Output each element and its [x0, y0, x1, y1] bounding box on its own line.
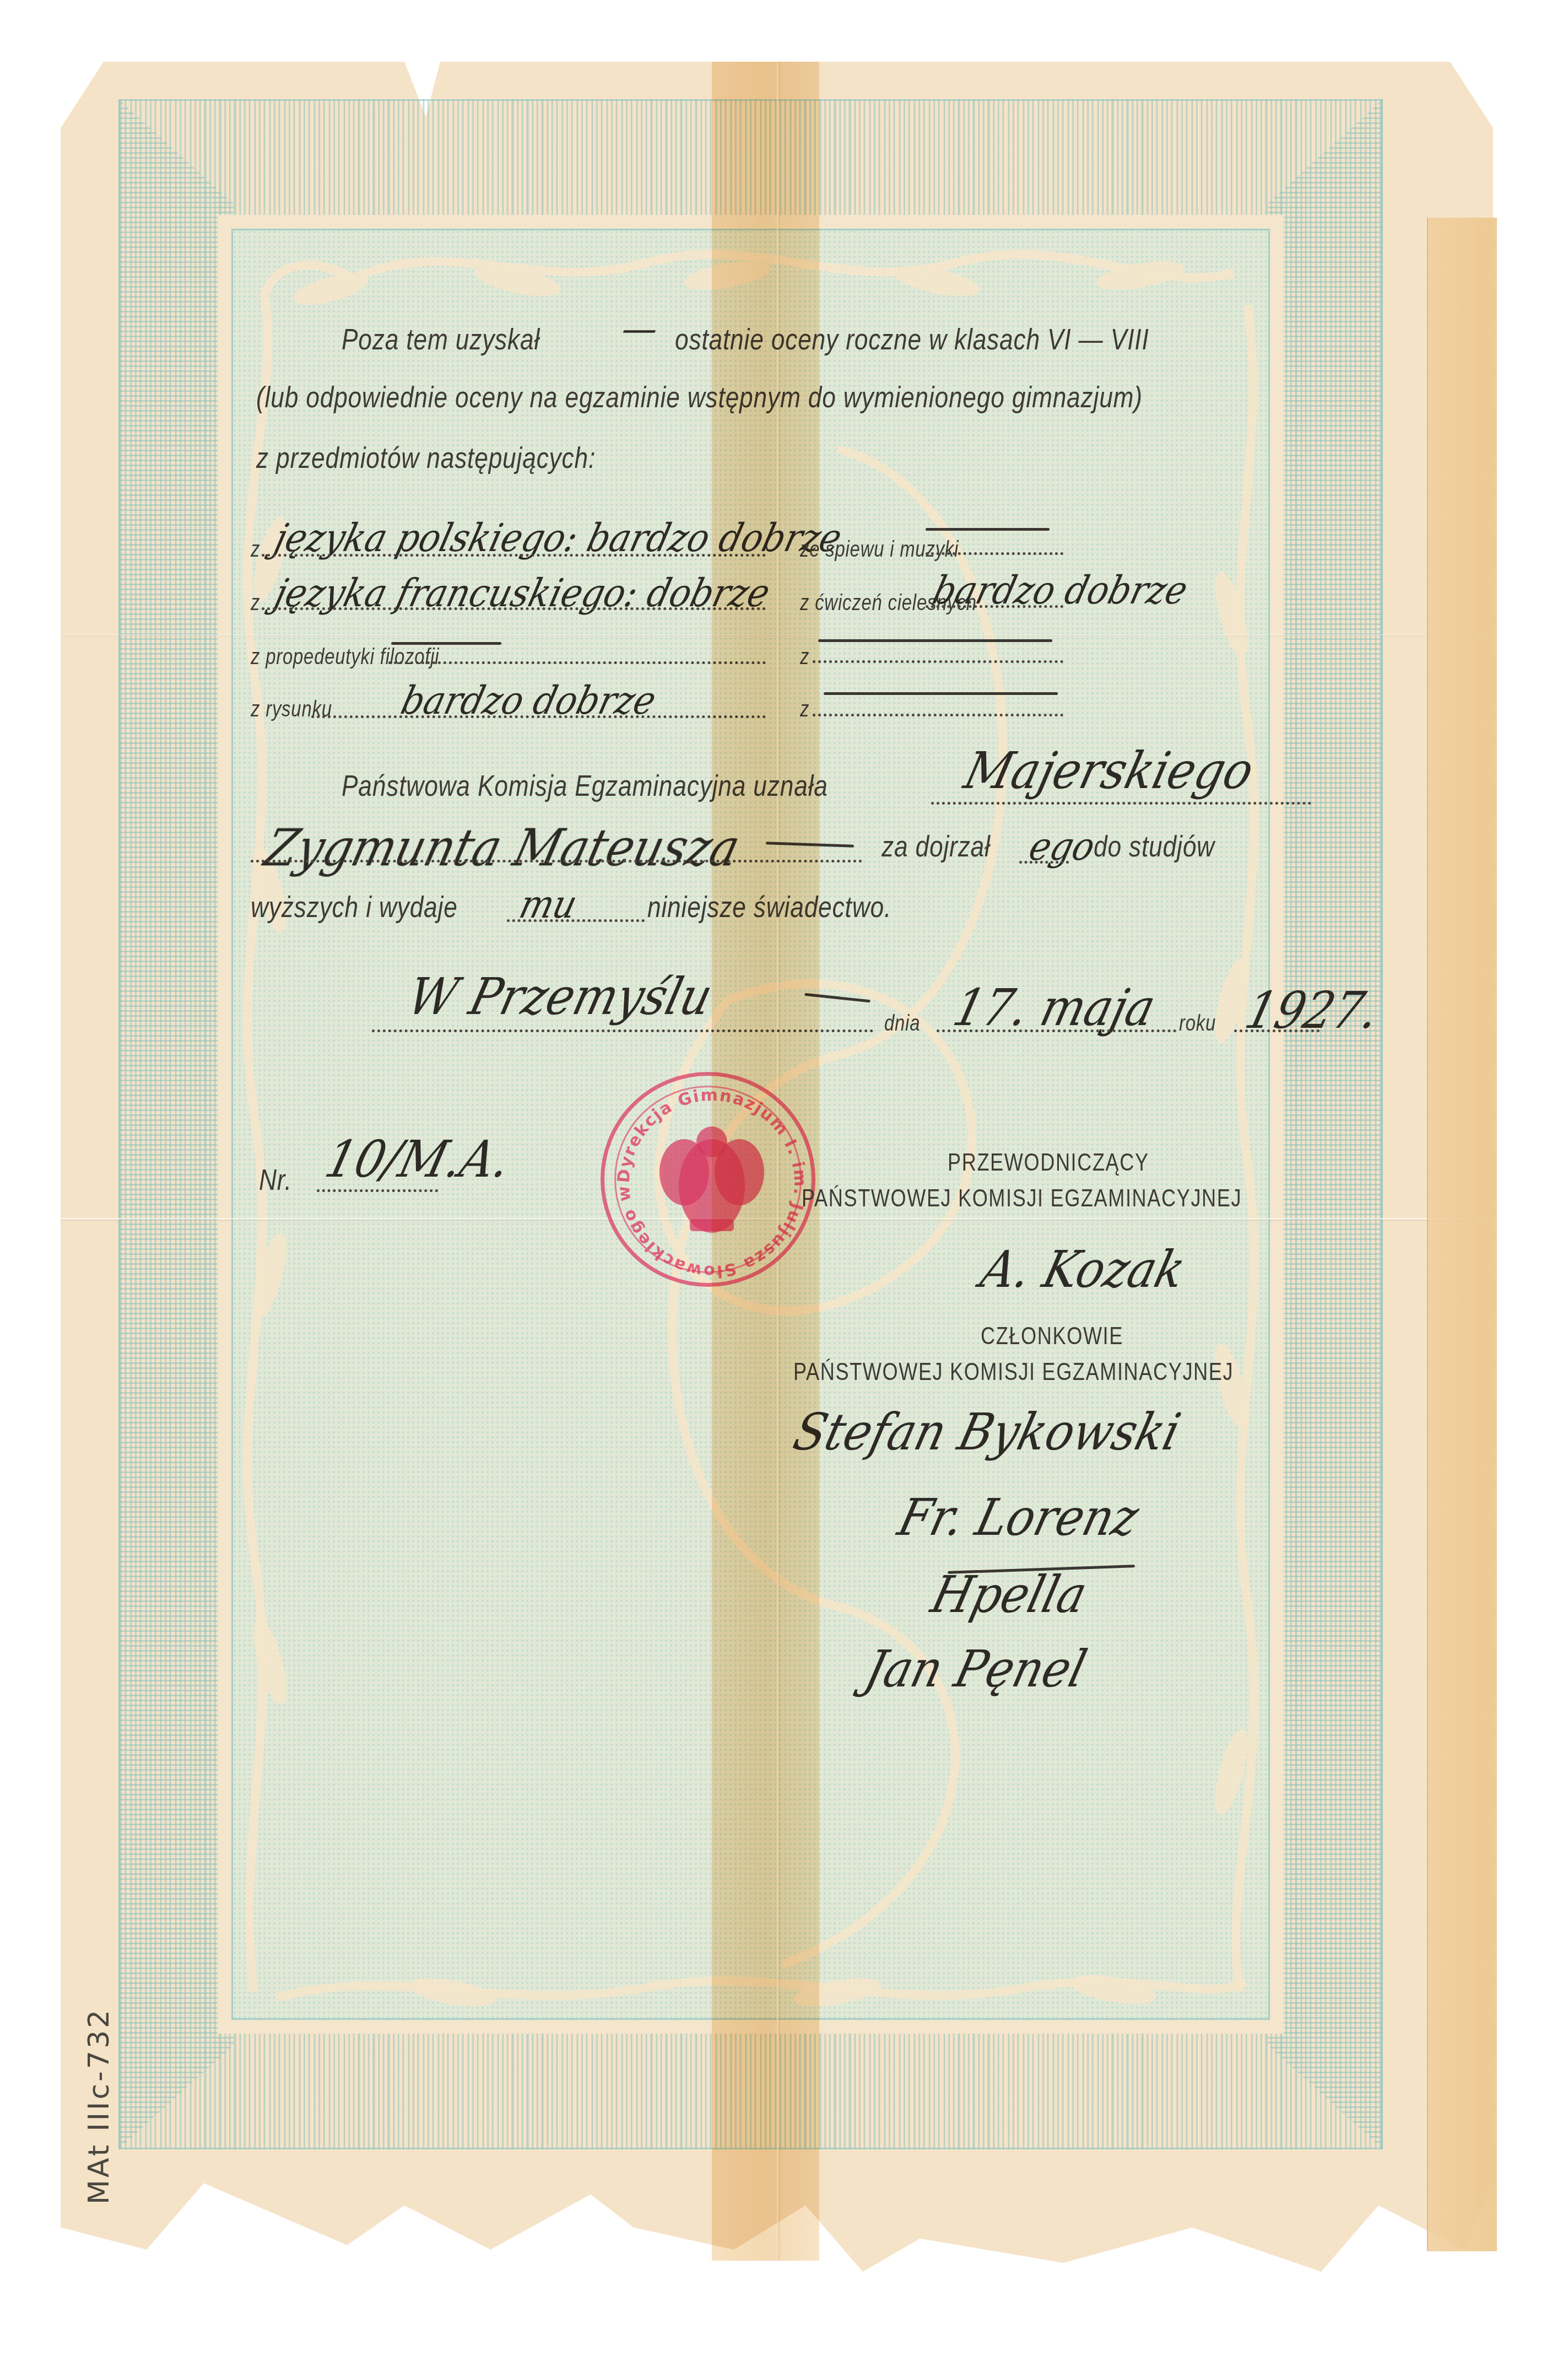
grade-left-label-4: z rysunku — [251, 697, 332, 722]
verdict-mid: za dojrzał — [882, 829, 991, 864]
dotted-line — [813, 714, 1063, 716]
dotted-line — [311, 715, 766, 718]
adhesive-tape-edge — [1427, 218, 1497, 2251]
dotted-line — [937, 1029, 1176, 1032]
intro-line-2: (lub odpowiednie oceny na egzaminie wstę… — [256, 380, 1143, 414]
grade-left-label-1: z — [251, 537, 260, 562]
day-month: 17. maja — [948, 978, 1161, 1037]
archive-catalog-number: MAt IIIc-732 — [83, 2008, 116, 2204]
member-signature-1: Stefan Bykowski — [788, 1403, 1186, 1462]
dotted-line — [931, 802, 1311, 805]
dotted-line — [813, 660, 1063, 663]
grade-right-value-3-dash — [818, 639, 1052, 642]
member-signature-4: Jan Pęnel — [859, 1640, 1092, 1699]
grade-left-label-3: z propedeutyki filozofji — [251, 645, 439, 670]
adhesive-tape-strip — [712, 62, 819, 2261]
intro-line-1-pre: Poza tem uzyskał — [342, 322, 540, 357]
verdict-given-names: Zygmunta Mateusza — [259, 818, 745, 877]
dotted-line — [262, 607, 766, 610]
verdict-post: do studjów — [1094, 829, 1215, 864]
member-signature-2: Fr. Lorenz — [893, 1488, 1145, 1547]
dnia-label: dnia — [884, 1011, 920, 1036]
chairman-title-1: PRZEWODNICZĄCY — [948, 1149, 1149, 1177]
dotted-line — [1019, 861, 1069, 864]
members-title-2: PAŃSTWOWEJ KOMISJI EGZAMINACYJNEJ — [793, 1358, 1234, 1386]
dotted-line — [926, 552, 1063, 555]
grade-right-label-1: ze śpiewu i muzyki — [800, 537, 959, 562]
grade-left-label-2: z — [251, 591, 260, 616]
members-title-1: CZŁONKOWIE — [981, 1323, 1123, 1350]
chairman-title-2: PAŃSTWOWEJ KOMISJI EGZAMINACYJNEJ — [802, 1185, 1242, 1212]
verdict-surname: Majerskiego — [959, 741, 1259, 800]
chairman-signature: A. Kozak — [975, 1240, 1191, 1299]
dotted-line — [388, 661, 766, 664]
place: W Przemyślu — [402, 967, 718, 1026]
dotted-line — [317, 1189, 438, 1192]
dotted-line — [507, 919, 645, 922]
member-signature-3: Hpella — [926, 1565, 1093, 1624]
grade-right-value-4-dash — [824, 692, 1058, 695]
intro-line-3: z przedmiotów następujących: — [256, 441, 596, 475]
dotted-line — [262, 554, 766, 557]
number-value: 10/M.A. — [320, 1130, 516, 1189]
number-label: Nr. — [259, 1163, 292, 1197]
verdict-line3-pre: wyższych i wydaje — [251, 890, 458, 924]
grade-right-value-1-dash — [926, 528, 1050, 531]
roku-label: roku — [1179, 1011, 1216, 1036]
grade-left-value-3-dash — [391, 642, 501, 645]
dotted-line — [1234, 1029, 1320, 1032]
dotted-line — [926, 605, 1063, 608]
